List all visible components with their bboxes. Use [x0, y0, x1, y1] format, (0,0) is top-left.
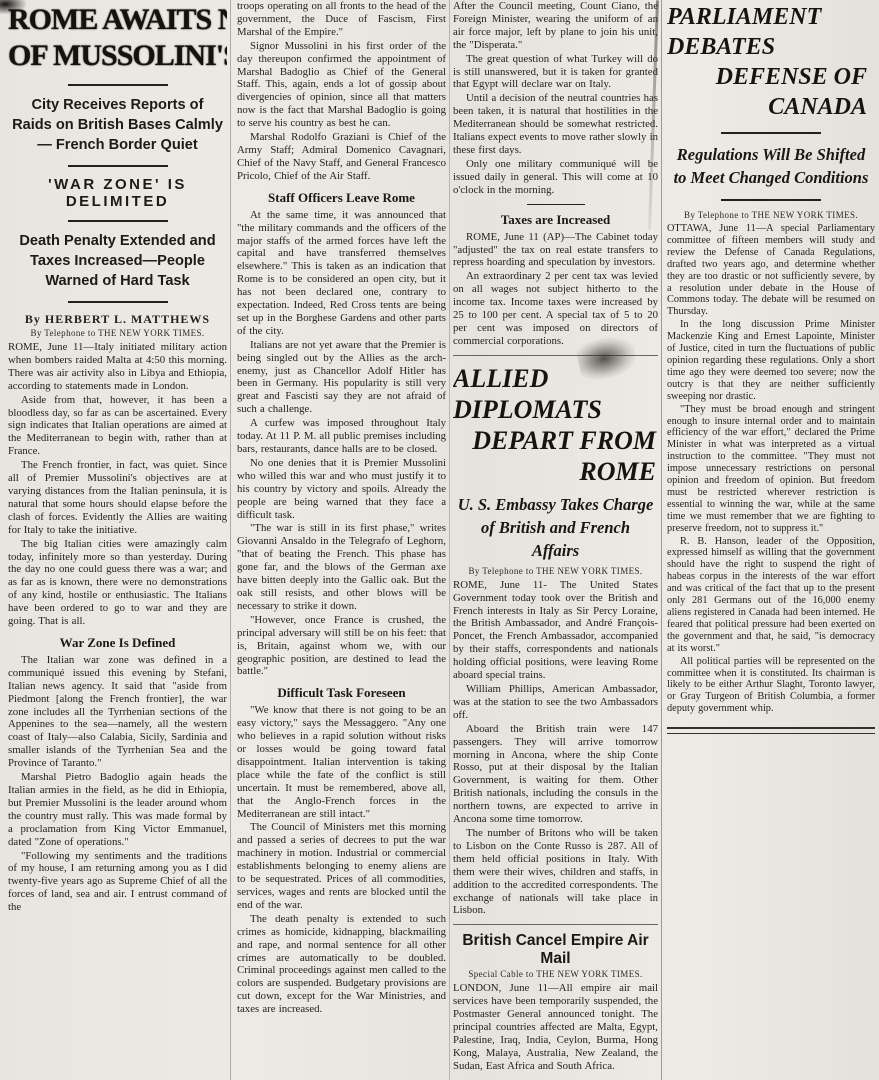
paragraph: The Italian war zone was defined in a co…	[8, 654, 227, 770]
divider-rule	[68, 165, 168, 167]
divider-rule	[68, 301, 168, 303]
section-rule	[453, 924, 658, 925]
crosshead-staff-officers: Staff Officers Leave Rome	[237, 190, 446, 206]
paragraph: After the Council meeting, Count Ciano, …	[453, 0, 658, 52]
paragraph: A curfew was imposed throughout Italy to…	[237, 417, 446, 456]
article-body: ROME, June 11—Italy initiated military a…	[8, 341, 227, 914]
paragraph: Aside from that, however, it has been a …	[8, 394, 227, 459]
crosshead-war-zone-defined: War Zone Is Defined	[8, 635, 227, 651]
byline-credit: By Telephone to THE NEW YORK TIMES.	[667, 210, 875, 220]
newspaper-page: ROME AWAITS NEWS OF MUSSOLINI'S WAR City…	[0, 0, 879, 1080]
headline-line-2: DEFENSE OF CANADA	[667, 62, 875, 122]
paragraph: "They must be broad enough and stringent…	[667, 404, 875, 535]
paragraph: The number of Britons who will be taken …	[453, 827, 658, 917]
paragraph: OTTAWA, June 11—A special Parliamentary …	[667, 223, 875, 318]
headline-line-2: DEPART FROM ROME	[453, 425, 658, 487]
paragraph: The Council of Ministers met this mornin…	[237, 821, 446, 911]
byline-credit: By Telephone to THE NEW YORK TIMES.	[453, 566, 658, 576]
paragraph: "However, once France is crushed, the pr…	[237, 614, 446, 679]
article-allied-diplomats-column: After the Council meeting, Count Ciano, …	[453, 0, 658, 1080]
article-body: troops operating on all fronts to the he…	[237, 0, 446, 1016]
divider-rule	[68, 220, 168, 222]
deck-death-penalty: Death Penalty Extended and Taxes Increas…	[10, 231, 225, 291]
crosshead-taxes-increased: Taxes are Increased	[453, 212, 658, 228]
headline-line-1: ALLIED DIPLOMATS	[453, 364, 602, 424]
paragraph: No one denies that it is Premier Mussoli…	[237, 457, 446, 522]
article-parliament-debates: PARLIAMENT DEBATES DEFENSE OF CANADA Reg…	[667, 0, 875, 1080]
divider-rule	[68, 84, 168, 86]
paragraph: ROME, June 11- The United States Governm…	[453, 579, 658, 682]
paragraph: ROME, June 11 (AP)—The Cabinet today "ad…	[453, 231, 658, 270]
paragraph: An extraordinary 2 per cent tax was levi…	[453, 270, 658, 347]
article-rome-awaits-news: ROME AWAITS NEWS OF MUSSOLINI'S WAR City…	[8, 0, 227, 1080]
headline-line-2: OF MUSSOLINI'S WAR	[8, 38, 227, 74]
paragraph: Italians are not yet aware that the Prem…	[237, 339, 446, 416]
paragraph: Marshal Pietro Badoglio again heads the …	[8, 771, 227, 848]
headline-line-1: ROME AWAITS NEWS	[8, 2, 227, 38]
paragraph: "We know that there is not going to be a…	[237, 704, 446, 820]
allied-deck: U. S. Embassy Takes Charge of British an…	[457, 493, 654, 562]
parliament-headline: PARLIAMENT DEBATES DEFENSE OF CANADA	[667, 2, 875, 122]
paragraph: The big Italian cities were amazingly ca…	[8, 538, 227, 628]
paragraph: Only one military communiqué will be iss…	[453, 158, 658, 197]
end-double-rule	[667, 727, 875, 734]
divider-rule	[527, 204, 585, 205]
paragraph: All political parties will be represente…	[667, 656, 875, 716]
paragraph: LONDON, June 11—All empire air mail serv…	[453, 982, 658, 1072]
paragraph: Aboard the British train were 147 passen…	[453, 723, 658, 826]
byline-credit: Special Cable to THE NEW YORK TIMES.	[453, 969, 658, 979]
paragraph: "The war is still in its first phase," w…	[237, 522, 446, 612]
column-divider-rule	[230, 0, 231, 1080]
allied-diplomats-headline: ALLIED DIPLOMATS DEPART FROM ROME	[453, 363, 658, 487]
paragraph: The French frontier, in fact, was quiet.…	[8, 459, 227, 536]
headline-line-1: PARLIAMENT DEBATES	[667, 4, 821, 60]
paragraph: The death penalty is extended to such cr…	[237, 913, 446, 1016]
column-divider-rule	[449, 0, 450, 1080]
paragraph: William Phillips, American Ambassador, w…	[453, 683, 658, 722]
article-body: OTTAWA, June 11—A special Parliamentary …	[667, 223, 875, 715]
airmail-headline: British Cancel Empire Air Mail	[453, 932, 658, 968]
paragraph: In the long discussion Prime Minister Ma…	[667, 319, 875, 402]
byline-credit: By Telephone to THE NEW YORK TIMES.	[8, 328, 227, 338]
paragraph: ROME, June 11—Italy initiated military a…	[8, 341, 227, 393]
article-body: After the Council meeting, Count Ciano, …	[453, 0, 658, 348]
paragraph: At the same time, it was announced that …	[237, 209, 446, 338]
byline: By HERBERT L. MATTHEWS	[8, 312, 227, 327]
crosshead-difficult-task: Difficult Task Foreseen	[237, 685, 446, 701]
paragraph: Marshal Rodolfo Graziani is Chief of the…	[237, 131, 446, 183]
article-continuation-column: troops operating on all fronts to the he…	[237, 0, 446, 1080]
section-rule	[453, 355, 658, 356]
paragraph: "Following my sentiments and the traditi…	[8, 850, 227, 915]
deck-raids: City Receives Reports of Raids on Britis…	[10, 95, 225, 155]
main-headline: ROME AWAITS NEWS OF MUSSOLINI'S WAR	[8, 2, 227, 74]
paragraph: Until a decision of the neutral countrie…	[453, 92, 658, 157]
divider-rule	[721, 132, 821, 134]
column-divider-rule	[661, 0, 662, 1080]
divider-rule	[721, 199, 821, 201]
paragraph: The great question of what Turkey will d…	[453, 53, 658, 92]
parliament-deck: Regulations Will Be Shifted to Meet Chan…	[671, 143, 871, 189]
paragraph: Signor Mussolini in his first order of t…	[237, 40, 446, 130]
article-body: ROME, June 11- The United States Governm…	[453, 579, 658, 918]
paragraph: troops operating on all fronts to the he…	[237, 0, 446, 39]
article-body: LONDON, June 11—All empire air mail serv…	[453, 982, 658, 1072]
paragraph: R. B. Hanson, leader of the Opposition, …	[667, 536, 875, 655]
deck-war-zone: 'WAR ZONE' IS DELIMITED	[8, 176, 227, 210]
